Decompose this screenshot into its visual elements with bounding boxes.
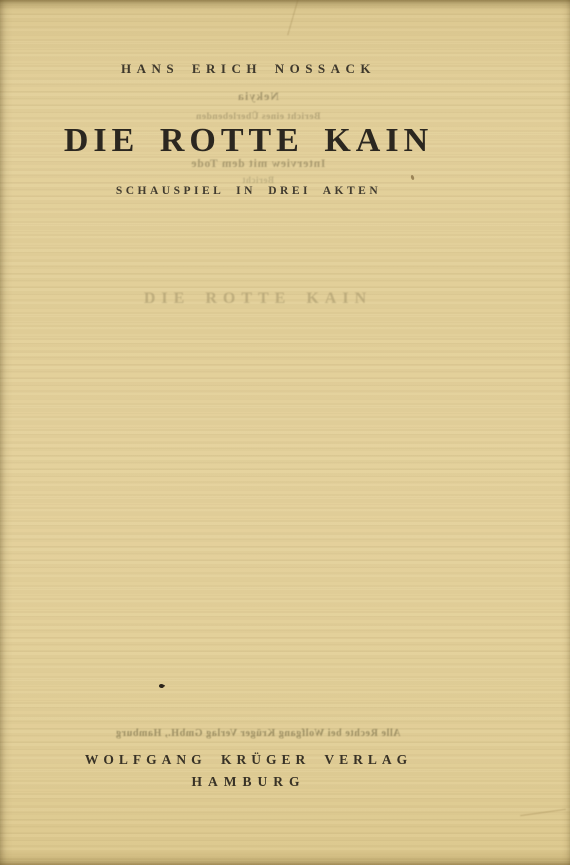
showthrough-copyright-line: Alle Rechte bei Wolfgang Krüger Verlag G…	[0, 728, 516, 739]
showthrough-work1-title: Nekyia	[0, 89, 516, 104]
showthrough-work1-subtitle: Bericht eines Überlebenden	[0, 112, 516, 122]
author-name: HANS ERICH NOSSACK	[0, 61, 497, 77]
scratch-mark	[520, 809, 566, 816]
crease-mark	[287, 0, 300, 35]
publisher-city: HAMBURG	[0, 774, 497, 790]
publisher-name: WOLFGANG KRÜGER VERLAG	[0, 752, 497, 768]
book-title-page: Nekyia Bericht eines Überlebenden Interv…	[0, 0, 570, 865]
book-title: DIE ROTTE KAIN	[0, 122, 497, 160]
showthrough-half-title: DIE ROTTE KAIN	[0, 290, 516, 308]
ink-speck	[159, 683, 165, 688]
book-subtitle: SCHAUSPIEL IN DREI AKTEN	[0, 185, 497, 197]
showthrough-work2-subtitle: Bericht	[0, 175, 516, 185]
